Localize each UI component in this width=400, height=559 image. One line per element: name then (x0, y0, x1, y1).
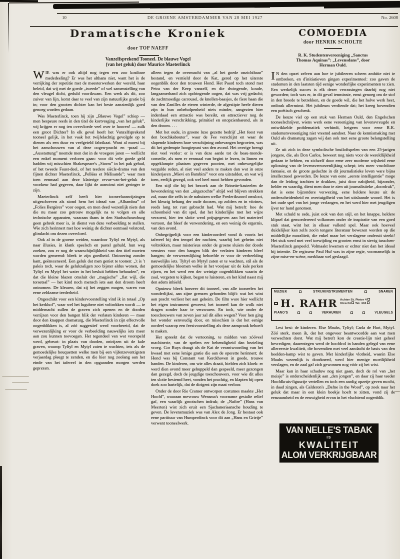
paragraph: Het spreekt dat de vertooning, te midden… (151, 335, 263, 388)
paragraph-list: Was Maeterlinck, toen hij zijn „Blauwe V… (33, 113, 145, 370)
paragraph-text: IE was er ook altijd nog tegen een zoo k… (33, 70, 145, 112)
paragraph: Met het oude, in groene luxe gezette bed… (151, 129, 263, 182)
left-article-subtitle: Vanzelfsprekend Tooneel. De blauwe Vogel… (33, 57, 263, 68)
paragraph: Onder de door Rie Cramer ontworpen costu… (151, 389, 263, 426)
header-bottom-rule (30, 26, 398, 27)
rahr-word: SNAREN (379, 290, 393, 294)
paragraph: Maar kan in haar schaduw nog niet gaan, … (271, 368, 395, 400)
paragraph: Een stijl die bij het bezoek aan de Brin… (151, 183, 263, 231)
paragraph-list: De keuze viel op een stuk van Herman Oul… (271, 114, 395, 259)
text-column-1: WIE was er ook altijd nog tegen een zoo … (33, 70, 145, 404)
rahr-advertisement: MUZIEK STRIJKINSTRUMENTEN SNAREN H. RAHR… (271, 288, 396, 321)
van-nelle-advertisement: VAN NELLE'S TABAK IS KWALITEIT ALOM VERK… (280, 424, 378, 462)
paragraph: Met schuld te rade, juist ook van den st… (271, 211, 395, 259)
rahr-top-line: MUZIEK STRIJKINSTRUMENTEN SNAREN (274, 290, 393, 294)
checkbox-icon (299, 291, 302, 294)
margin-smudge (395, 391, 400, 392)
rahr-company-name: H. RAHR (281, 298, 338, 310)
scan-frame-line (8, 3, 9, 53)
rahr-word: VERHUREN (322, 311, 341, 315)
paragraph-text: N den opzet zelven aan hoe te jubileeren… (271, 71, 395, 113)
paragraph: De keuze viel op een stuk van Herman Oul… (271, 114, 395, 146)
byline-divider (324, 48, 342, 49)
rahr-word: VLEUGELS (375, 311, 393, 315)
checkbox-icon (274, 302, 278, 306)
paragraph: IN den opzet zelven aan hoe te jubileere… (271, 71, 395, 113)
paragraph-list: alleen tegen de overmacht van „al het go… (151, 70, 263, 426)
ad-line: ALOM VERKRIJGBAAR (280, 450, 378, 460)
right-article-subtitle: R. K. Studentenvereeniging „Sanctus Thom… (271, 53, 395, 68)
torn-edge-mark (150, 5, 270, 9)
drop-cap: W (33, 70, 45, 80)
rahr-word: STRIJKINSTRUMENTEN (313, 290, 352, 294)
rahr-bottom-line: PIANO'S VERHUREN VLEUGELS (274, 311, 393, 315)
ad-line: VAN NELLE'S TABAK (280, 426, 378, 436)
right-article-title: COMOEDIA (271, 28, 395, 39)
rahr-city: Utrecht (340, 301, 351, 305)
subtitle-line: Herman Ould. (271, 62, 395, 67)
torn-edge-mark (324, 2, 400, 9)
paragraph: alleen tegen de overmacht van „al het go… (151, 70, 263, 128)
subtitle-line: (van het geluk) door Maurice Maeterlinck (33, 62, 263, 67)
checkbox-icon (368, 301, 371, 304)
text-column-3-bottom: Lest best: de kinderen. Else Mauhs, Tylt… (271, 325, 395, 425)
header-top-rule (57, 13, 398, 14)
checkbox-icon (298, 312, 301, 315)
byline-divider (139, 55, 159, 56)
scan-edge-line (0, 466, 2, 559)
rahr-word: PIANO'S (274, 311, 288, 315)
rahr-word: MUZIEK (274, 290, 287, 294)
margin-smudge (12, 382, 29, 383)
checkbox-icon (368, 298, 371, 301)
masthead: DE GROENE AMSTERDAMMER VAN 28 MEI 1927 (110, 15, 300, 20)
left-article-byline: door TOP NAEFF (33, 46, 263, 51)
paragraph: Was Maeterlinck, toen hij zijn „Blauwe V… (33, 113, 145, 192)
paragraph: Ze uit zich in deze symbolische bruiloft… (271, 147, 395, 211)
ad-line: KWALITEIT (280, 440, 378, 450)
rahr-telephone: Tel. 443 (356, 301, 367, 305)
ad-line: IS (305, 436, 354, 440)
newspaper-page: 10 DE GROENE AMSTERDAMMER VAN 28 MEI 192… (0, 0, 400, 559)
rahr-address: Achter St. Pieter 4 Utrecht Tel. 443 (340, 298, 392, 305)
paragraph: Lest best: de kinderen. Else Mauhs, Tylt… (271, 325, 395, 367)
checkbox-icon (364, 291, 367, 294)
right-article-byline: door HENRIK SCHOLTE (271, 40, 395, 45)
page-number: 10 (62, 15, 86, 20)
margin-smudge (5, 389, 27, 390)
checkbox-icon (310, 312, 313, 315)
rahr-address-line: Achter St. Pieter 4 (340, 298, 367, 302)
paragraph: Maeterlinck zelf heeft hier tooneelaanwi… (33, 194, 145, 236)
paragraph: Ongeschikt voor een kindervoorstelling v… (33, 296, 145, 370)
paragraph-list: Lest best: de kinderen. Else Mauhs, Tylt… (271, 325, 395, 400)
paragraph: Opnieuw bleek hoezeer dit tooneel, van a… (151, 286, 263, 334)
margin-smudge (2, 376, 29, 377)
left-article-title: Dramatische Kroniek (33, 28, 263, 40)
issue-number: No. 2608 (350, 15, 398, 20)
paragraph: Ook al in de groene weiden, waardoor Tyl… (33, 237, 145, 295)
text-column-2: alleen tegen de overmacht van „al het go… (151, 70, 263, 473)
text-column-3-top: IN den opzet zelven aan hoe te jubileere… (271, 71, 395, 289)
checkbox-icon (363, 312, 366, 315)
paragraph: WIE was er ook altijd nog tegen een zoo … (33, 70, 145, 112)
checkbox-icon (350, 312, 353, 315)
paragraph: Onbegrijpelijk voor een kinderoordeel vo… (151, 232, 263, 285)
